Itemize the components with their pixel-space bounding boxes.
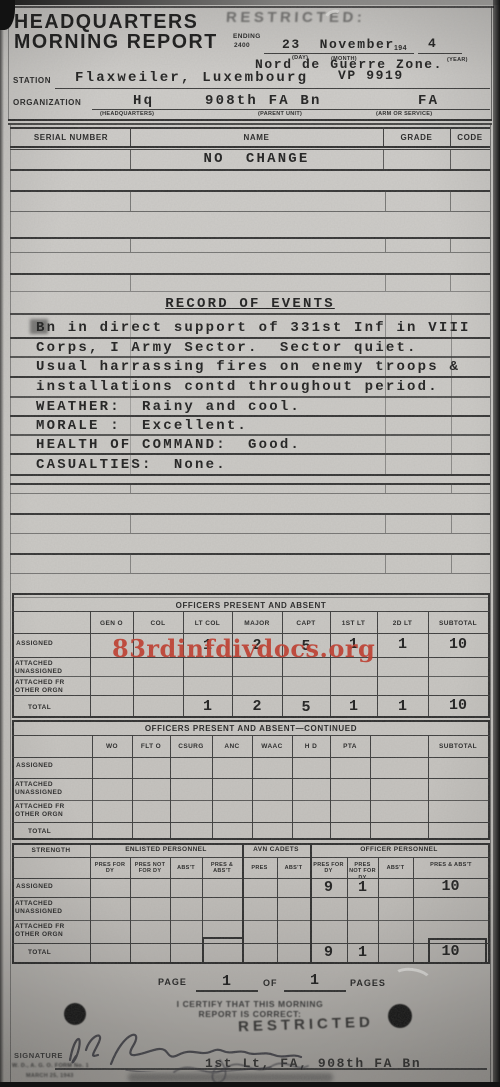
date-value: 23 November	[282, 38, 395, 53]
col-line	[451, 313, 452, 474]
officers-table-title: OFFICERS PRESENT AND ABSENT	[12, 601, 490, 610]
col-line	[450, 127, 451, 146]
col-line	[450, 237, 451, 252]
col-line	[282, 611, 283, 716]
col-line	[428, 611, 429, 716]
col-line	[232, 611, 233, 716]
table-border	[12, 843, 14, 962]
col-line	[383, 127, 384, 146]
row-label-total: TOTAL	[28, 949, 51, 956]
strength-col: ABS'T	[171, 865, 201, 871]
rule-line	[10, 190, 490, 192]
rule-line	[10, 434, 490, 436]
station-label: STATION	[13, 76, 51, 85]
strength-corner-label: STRENGTH	[12, 847, 90, 854]
officers-cont-col: H D	[292, 743, 330, 750]
col-line	[385, 483, 386, 493]
double-rule	[8, 119, 492, 121]
station-underline	[55, 88, 490, 89]
row-label-assigned: ASSIGNED	[16, 762, 53, 769]
paper-sheet: HEADQUARTERS RESTRICTED: MORNING REPORT …	[0, 0, 500, 1087]
col-line	[451, 553, 452, 573]
year-printed: 194	[394, 45, 407, 53]
col-line	[130, 149, 131, 169]
row-label-total: TOTAL	[28, 704, 51, 711]
rule-line	[12, 695, 490, 696]
col-line	[130, 857, 131, 962]
rule-line	[12, 822, 490, 823]
col-line	[130, 513, 131, 533]
table-border	[12, 838, 490, 840]
rule-line	[12, 597, 490, 598]
rule-line	[12, 857, 490, 858]
restricted-stamp-top: RESTRICTED:	[226, 10, 366, 25]
year-digit: 4	[428, 37, 437, 52]
col-line	[451, 483, 452, 493]
col-line	[383, 149, 384, 169]
events-line-morale: MORALE : Excellent.	[36, 418, 248, 434]
form-title-headquarters: HEADQUARTERS	[14, 12, 198, 32]
col-line	[385, 513, 386, 533]
rule-line	[12, 920, 490, 921]
rule-line	[10, 493, 490, 494]
org-headquarters-value: Hq	[133, 93, 154, 109]
officers-cont-col: FLT O	[132, 743, 170, 750]
rule-line	[12, 897, 490, 898]
row-label-attached-unassigned: ATTACHED UNASSIGNED	[15, 900, 87, 916]
rule-line	[10, 127, 490, 129]
rule-line	[10, 533, 490, 534]
col-line	[450, 149, 451, 169]
officers-col: LT COL	[183, 620, 232, 627]
strength-group-cadets: AVN CADETS	[242, 846, 310, 853]
col-line	[385, 190, 386, 211]
col-line	[385, 553, 386, 573]
events-line-weather: WEATHER: Rainy and cool.	[36, 399, 301, 415]
row-label-total: TOTAL	[28, 828, 51, 835]
col-line	[170, 857, 171, 962]
rule-line	[10, 149, 490, 150]
row-label-assigned: ASSIGNED	[16, 883, 53, 890]
events-line-casualties: CASUALTIES: None.	[36, 457, 227, 473]
officers-total-2dlt: 1	[377, 698, 428, 715]
col-line	[385, 313, 386, 474]
punch-hole-right	[388, 1004, 412, 1028]
strength-assigned-off-presnot: 1	[347, 879, 378, 896]
year-caption: (YEAR)	[447, 57, 468, 63]
station-value: Flaxweiler, Luxembourg	[75, 70, 308, 86]
col-line	[385, 237, 386, 252]
double-rule	[8, 123, 492, 125]
rule-line	[10, 513, 490, 515]
page-label: PAGE	[158, 977, 187, 987]
col-line	[130, 190, 131, 211]
rule-line	[10, 573, 490, 574]
row-label-attached-fr: ATTACHED FR OTHER ORGN	[15, 923, 87, 939]
officers-cont-title: OFFICERS PRESENT AND ABSENT—CONTINUED	[12, 724, 490, 733]
row-label-attached-unassigned: ATTACHED UNASSIGNED	[15, 781, 87, 797]
strength-col: PRES & ABS'T	[414, 862, 488, 868]
col-line	[292, 735, 293, 838]
events-line-health: HEALTH OF COMMAND: Good.	[36, 437, 301, 453]
strength-assigned-off-total: 10	[413, 878, 488, 895]
rule-line	[10, 483, 490, 485]
rule-line	[10, 376, 490, 378]
rule-line	[10, 237, 490, 239]
organization-underline	[92, 109, 490, 110]
strength-total-off-presnot: 1	[347, 944, 378, 961]
events-line: Corps, I Army Sector. Sector quiet.	[36, 340, 418, 356]
rule-line	[12, 735, 490, 736]
col-line	[130, 237, 131, 252]
pages-number: 1	[310, 972, 319, 989]
col-line	[277, 857, 278, 962]
events-line: Usual harrassing fires on enemy troops &	[36, 359, 460, 375]
rule-line	[10, 291, 490, 292]
col-line	[130, 483, 131, 493]
officers-cont-col: WO	[92, 743, 132, 750]
officers-col: MAJOR	[232, 620, 282, 627]
rule-line	[10, 356, 490, 358]
col-line	[90, 611, 91, 716]
col-line	[451, 513, 452, 533]
col-line-heavy	[310, 843, 312, 962]
events-line: Bn in direct support of 331st Inf in VII…	[36, 320, 471, 336]
org-parent-unit-value: 908th FA Bn	[205, 93, 322, 109]
officers-total-ltcol: 1	[183, 698, 232, 715]
form-border-left	[10, 124, 11, 1082]
officers-cont-col: ANC	[212, 743, 252, 750]
page-number: 1	[222, 973, 231, 990]
table-border	[12, 716, 490, 718]
rule-line	[10, 252, 490, 253]
form-border-right	[490, 124, 491, 1082]
morning-report-scan: HEADQUARTERS RESTRICTED: MORNING REPORT …	[0, 0, 500, 1087]
strength-col: PRES FOR DY	[91, 862, 129, 875]
row-label-attached-fr: ATTACHED FR OTHER ORGN	[15, 679, 87, 695]
col-line	[370, 735, 371, 838]
signature-scribble	[56, 1020, 316, 1072]
strength-col: PRES & ABS'T	[203, 862, 241, 875]
roster-col-serial: SERIAL NUMBER	[12, 133, 130, 142]
date-underline	[264, 53, 414, 54]
form-date-text: MARCH 25, 1943	[26, 1073, 74, 1079]
col-line	[378, 857, 379, 962]
strength-group-officer: OFFICER PERSONNEL	[310, 846, 488, 853]
officers-assigned-subtotal: 10	[428, 636, 488, 653]
officers-total-subtotal: 10	[428, 697, 488, 714]
col-line	[347, 857, 348, 962]
roster-entry-no-change: NO CHANGE	[130, 151, 383, 167]
col-line	[428, 735, 429, 838]
organization-label: ORGANIZATION	[13, 98, 81, 107]
strength-col: PRES FOR DY	[311, 862, 346, 875]
col-line	[377, 611, 378, 716]
officers-cont-col: PTA	[330, 743, 370, 750]
col-line	[330, 735, 331, 838]
officers-col: GEN O	[90, 620, 133, 627]
officers-assigned-2dlt: 1	[377, 636, 428, 653]
row-label-attached-unassigned: ATTACHED UNASSIGNED	[15, 660, 87, 676]
col-line	[183, 611, 184, 716]
officers-total-1stlt: 1	[330, 698, 377, 715]
roster-col-name: NAME	[130, 133, 383, 142]
officers-total-capt: 5	[282, 699, 330, 716]
pages-underline	[284, 990, 346, 992]
officers-cont-col: CSURG	[170, 743, 212, 750]
rule-line	[12, 676, 490, 677]
col-line	[385, 273, 386, 291]
col-line	[133, 611, 134, 716]
row-label-assigned: ASSIGNED	[16, 640, 53, 647]
officers-cont-col: SUBTOTAL	[428, 743, 488, 750]
form-border-right	[491, 6, 492, 120]
rule-line	[10, 415, 490, 417]
col-line	[170, 735, 171, 838]
strength-col: ABS'T	[278, 865, 309, 871]
col-line	[130, 313, 131, 474]
rule-line	[10, 146, 490, 148]
officers-total-major: 2	[232, 698, 282, 715]
rule-line	[12, 800, 490, 801]
form-border-top	[6, 6, 494, 8]
of-label: OF	[263, 978, 278, 988]
parent-unit-caption: (PARENT UNIT)	[258, 111, 302, 117]
record-of-events-title: RECORD OF EVENTS	[130, 296, 370, 312]
col-line	[450, 190, 451, 211]
col-line	[330, 611, 331, 716]
rule-line	[10, 169, 490, 171]
red-watermark: 83rdinfdivdocs.org	[112, 637, 375, 661]
col-line	[90, 843, 91, 962]
col-line	[92, 735, 93, 838]
col-line	[450, 273, 451, 291]
col-line	[132, 735, 133, 838]
table-border	[12, 720, 490, 722]
officers-cont-col: WAAC	[252, 743, 292, 750]
table-border	[12, 962, 490, 964]
table-border	[12, 593, 490, 595]
col-line	[212, 735, 213, 838]
map-reference: VP 9919	[338, 69, 404, 84]
ending-time: 2400	[234, 42, 250, 49]
events-line: installations contd throughout period.	[36, 379, 439, 395]
rule-line	[10, 337, 490, 339]
headquarters-caption: (HEADQUARTERS)	[100, 111, 154, 117]
rule-line	[12, 778, 490, 779]
rule-line	[12, 611, 490, 612]
table-border	[12, 843, 490, 845]
emphasis-box	[428, 938, 487, 964]
org-arm-value: FA	[418, 93, 439, 109]
officers-col: CAPT	[282, 620, 330, 627]
officers-col: 1ST LT	[330, 620, 377, 627]
rule-line	[12, 757, 490, 758]
form-border-left	[8, 6, 9, 120]
col-line	[413, 857, 414, 962]
officers-col: SUBTOTAL	[428, 620, 488, 627]
rule-line	[10, 396, 490, 398]
ending-label: ENDING	[233, 33, 261, 40]
strength-col: ABS'T	[379, 865, 412, 871]
form-title-morning-report: MORNING REPORT	[14, 32, 218, 52]
scratch-mark	[391, 965, 434, 992]
pages-label: PAGES	[350, 978, 386, 988]
emphasis-box	[202, 937, 244, 964]
strength-col: PRES NOT FOR DY	[131, 862, 169, 875]
roster-col-code: CODE	[450, 133, 490, 142]
punch-hole-left	[64, 1003, 86, 1025]
arm-service-caption: (ARM OR SERVICE)	[376, 111, 432, 117]
rule-line	[10, 453, 490, 455]
row-label-attached-fr: ATTACHED FR OTHER ORGN	[15, 803, 87, 819]
rule-line	[10, 313, 490, 315]
rule-line	[10, 211, 490, 212]
col-line	[130, 553, 131, 573]
strength-assigned-off-pres: 9	[310, 879, 347, 896]
officers-col: COL	[133, 620, 183, 627]
strength-total-off-pres: 9	[310, 944, 347, 961]
strength-group-enlisted: ENLISTED PERSONNEL	[90, 846, 242, 853]
strength-col: PRES	[243, 865, 276, 871]
officers-col: 2D LT	[377, 620, 428, 627]
col-line	[130, 127, 131, 146]
year-underline	[418, 53, 462, 54]
roster-col-grade: GRADE	[383, 133, 450, 142]
col-line	[252, 735, 253, 838]
rule-line	[10, 474, 490, 476]
col-line	[130, 273, 131, 291]
rule-line	[10, 553, 490, 555]
rule-line	[10, 273, 490, 275]
